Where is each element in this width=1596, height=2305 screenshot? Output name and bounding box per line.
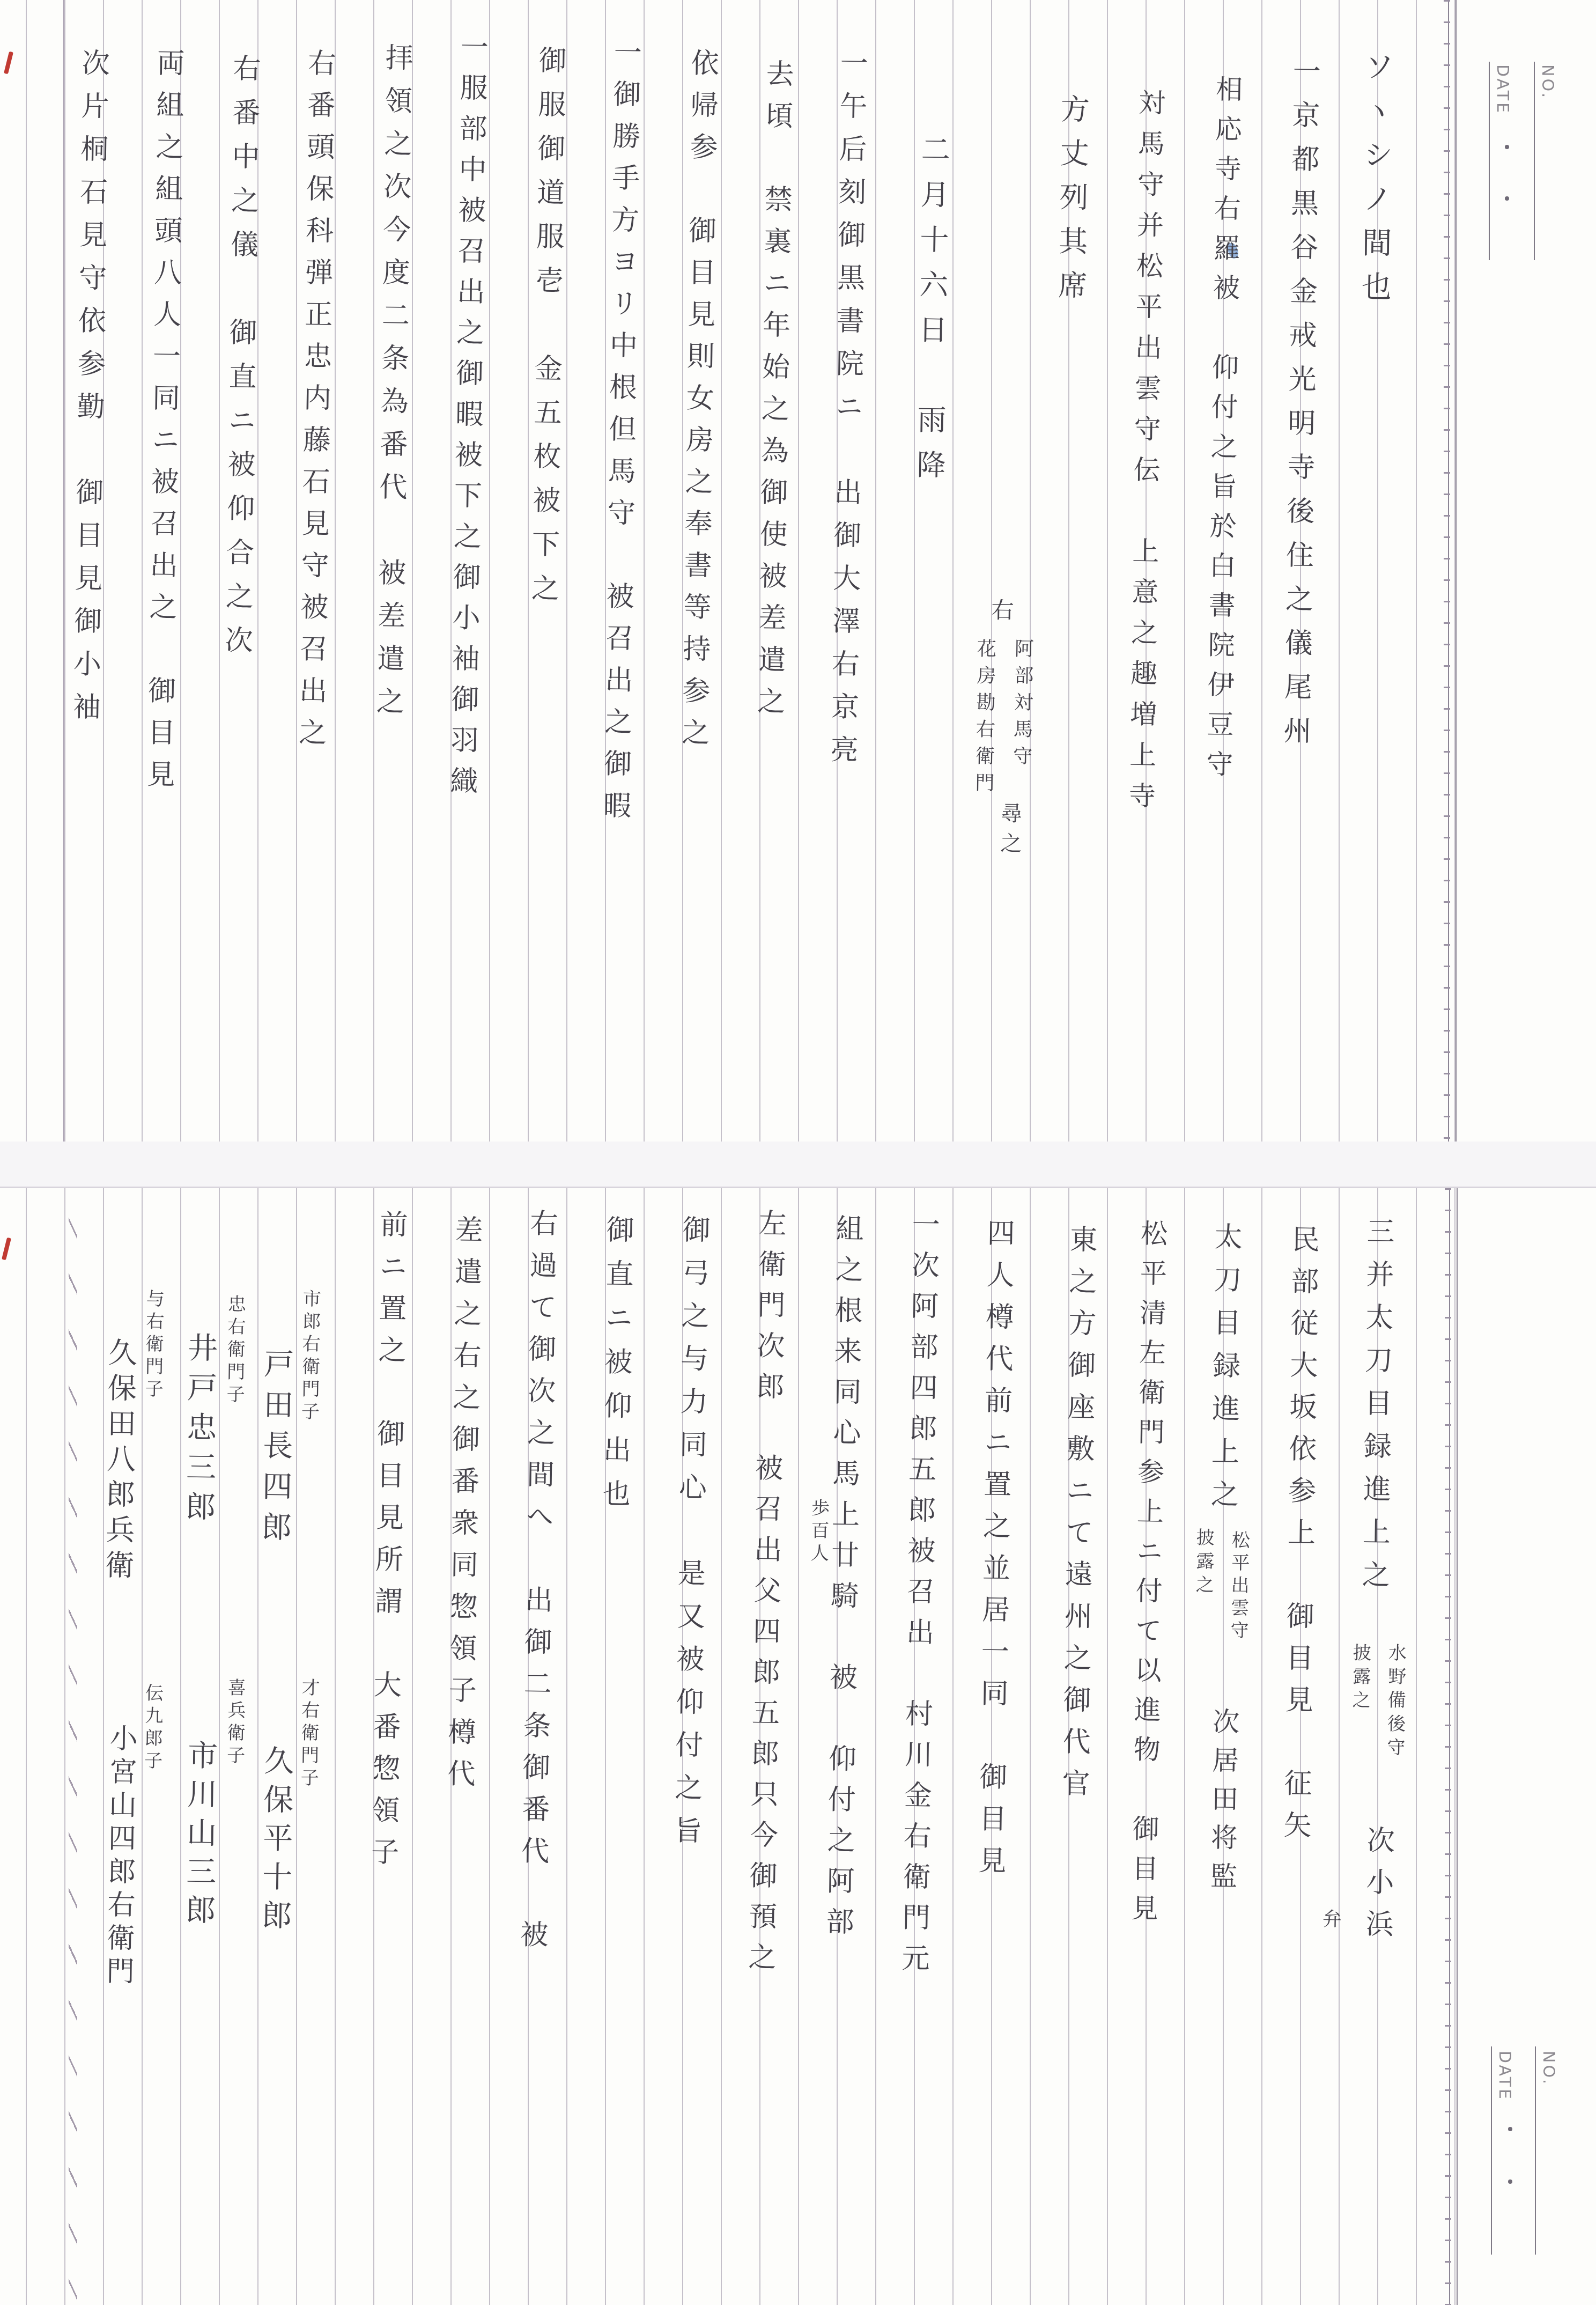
manuscript-column: 方丈列其席 bbox=[1054, 94, 1088, 314]
left-edge-line bbox=[63, 0, 64, 1142]
annotation-name: 花房勘右衛門 bbox=[973, 638, 995, 799]
annotation-name: 披露之 bbox=[1349, 1643, 1370, 1714]
manuscript-column: 御服御道服壱 金五枚被下之 bbox=[527, 46, 564, 618]
manuscript-column: 御直ニ被仰出也 bbox=[598, 1215, 632, 1523]
date-label: DATE bbox=[1493, 64, 1512, 115]
date-dot bbox=[1505, 196, 1509, 201]
manuscript-column: 東之方御座敷ニて遠州之御代官 bbox=[1058, 1225, 1096, 1811]
annotation-name: 弁 bbox=[1320, 1909, 1340, 1933]
date-dot bbox=[1508, 2127, 1512, 2131]
date-dot bbox=[1505, 145, 1509, 149]
page-2: 三并太刀目録進上之民部従大坂依参上 御目見 征矢太刀目録進上之松平清左衛門参上ニ… bbox=[0, 1187, 1596, 2305]
page-1: NO. DATE ソヽシノ間也一京都黒谷金戒光明寺後住之儀尾州相応寺右羅被 仰付… bbox=[0, 0, 1596, 1143]
annotation-name: 阿部対馬守 bbox=[1011, 638, 1033, 773]
right-margin-double-line bbox=[1455, 0, 1457, 1142]
manuscript-column: 太刀目録進上之 bbox=[1207, 1222, 1240, 1523]
date-line bbox=[1489, 62, 1490, 260]
no-label: NO. bbox=[1539, 2051, 1558, 2086]
annotation-name: 水野備後守 bbox=[1384, 1643, 1405, 1761]
heir-label: 市郎右衛門子 bbox=[298, 1289, 319, 1424]
heir-name: 戸田長四郎 bbox=[258, 1348, 292, 1552]
annotation-name: 歩百人 bbox=[808, 1498, 827, 1566]
heir-name: 市川山三郎 bbox=[182, 1740, 216, 1933]
annotation-name: 披露之 bbox=[1193, 1528, 1213, 1599]
manuscript-column: 次居田将監 bbox=[1207, 1707, 1238, 1901]
annotation-name: 右 bbox=[989, 598, 1013, 628]
heir-name: 井戸忠三郎 bbox=[182, 1332, 216, 1531]
heir-label: 忠右衛門子 bbox=[224, 1294, 245, 1407]
manuscript-column: 三并太刀目録進上之 bbox=[1358, 1217, 1393, 1603]
heir-name: 久保平十郎 bbox=[258, 1745, 292, 1939]
margin-ticks bbox=[1444, 0, 1450, 1142]
heir-label: 喜兵衛子 bbox=[224, 1678, 245, 1768]
heir-label: 与右衛門子 bbox=[142, 1289, 163, 1402]
no-label: NO. bbox=[1538, 64, 1557, 100]
manuscript-column: 差遣之右之御番衆同惣領子樽代 bbox=[444, 1215, 481, 1801]
torn-edge bbox=[69, 1188, 77, 2305]
no-line bbox=[1535, 2046, 1536, 2255]
manuscript-column: ソヽシノ間也 bbox=[1357, 51, 1393, 315]
page-gap bbox=[0, 1142, 1596, 1187]
margin-ticks bbox=[1445, 1188, 1451, 2305]
date-line bbox=[1491, 2046, 1492, 2255]
manuscript-column: 二月十六日 雨降 bbox=[913, 134, 949, 495]
date-label: DATE bbox=[1495, 2051, 1514, 2101]
manuscript-column: 次小浜 bbox=[1362, 1825, 1393, 1951]
heir-label: 伝九郎子 bbox=[142, 1683, 162, 1773]
heir-label: 才右衛門子 bbox=[298, 1678, 319, 1791]
heir-name: 久保田八郎兵衛 bbox=[102, 1337, 136, 1586]
heir-name: 小宮山四郎右衛門 bbox=[102, 1724, 136, 1990]
no-line bbox=[1534, 62, 1535, 260]
right-margin-double-line bbox=[1457, 1188, 1458, 2305]
annotation-name: 尋之 bbox=[997, 802, 1021, 863]
annotation-name: 松平出雲守 bbox=[1228, 1530, 1248, 1643]
date-dot bbox=[1508, 2179, 1512, 2184]
